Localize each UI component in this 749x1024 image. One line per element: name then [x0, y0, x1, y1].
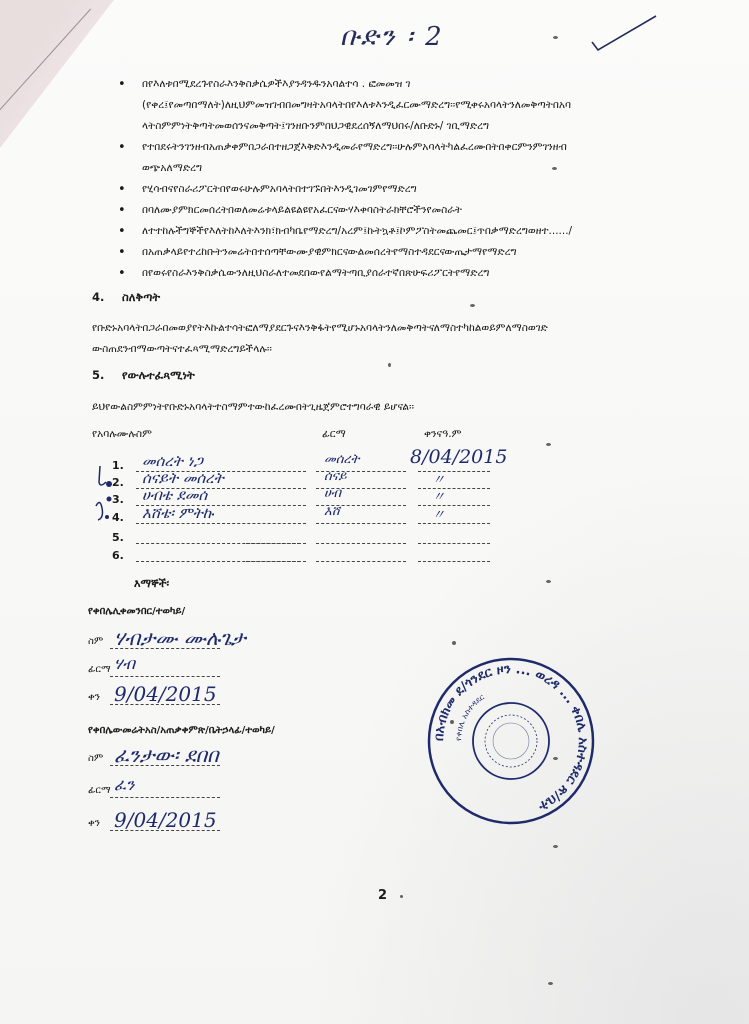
paragraph-line: የቡድኑአባላትበጋራበመወያየትእኩልተሳትፎለማያደርጉናእንቅፋትየሚሆኑ… [92, 318, 692, 339]
duty-bullet-item: በባለሙያምክርመሰረትበወለመሬቱላይልዩልዩየአፈርናውሃእቀባስትራክቸሮ… [118, 200, 688, 221]
witness-1-title: የቀበሌሊቀመንበር/ተወካይ/ [88, 606, 185, 617]
duty-bullet-item: በአጠቃላይየተረከቡትንመሬትበተሰጣቸውሙያዊምክርናውልመሰረትየማስተዳ… [118, 242, 688, 263]
scan-speck [548, 982, 553, 985]
member-row: 5. [112, 530, 512, 548]
date-line [418, 505, 490, 506]
name-line [136, 523, 306, 524]
signature-line [316, 543, 406, 544]
witness-2-signature-handwritten: ፈን [114, 775, 134, 795]
member-row: 6. [112, 548, 512, 566]
witness-2-date-field: ቀን 9/04/2015 [88, 818, 100, 829]
member-signature-handwritten: መሰረት [324, 452, 359, 467]
signature-label: ፊርማ [88, 664, 111, 675]
duties-bullet-list: በየእለቱበሚደረጉየስራእንቅስቃሴዎችእያንዳንዱንአባልተሳ . ፎመመዝ… [118, 74, 688, 284]
bullet-line: ወጭአለማድረግ [142, 158, 688, 179]
duty-bullet-item: ለተተከሉችግኞችየእለትከእለትእንክ፣ክብካቤየማድረግ/አረም፤ኩትኳቶ፤… [118, 221, 688, 242]
witness-1-name-handwritten: ሃብታሙ ሙሉጌታ [114, 626, 246, 650]
header-date: ቀንናዓ.ም [424, 428, 461, 441]
section-5-paragraph: ይህየውልስምምነትየቡድኑአባላትተስማምተውከፈረሙበትጊዜጀምሮተግባራዊ… [92, 397, 692, 418]
scanned-page: ቡድን ፡ 2 በየእለቱበሚደረጉየስራእንቅስቃሴዎችእያንዳንዱንአባልተ… [0, 0, 749, 1024]
scan-speck [452, 641, 456, 645]
header-signature: ፊርማ [322, 428, 346, 441]
name-line-extension [246, 543, 300, 544]
section-title: ስለቅጣት [122, 290, 160, 304]
section-title: የውሉተፈጻሚነት [122, 368, 195, 382]
section-4-paragraph: የቡድኑአባላትበጋራበመወያየትእኩልተሳትፎለማያደርጉናእንቅፋትየሚሆኑ… [92, 318, 692, 360]
scan-speck [400, 895, 403, 898]
page-number: 2 [378, 888, 387, 903]
witness-2-date-handwritten: 9/04/2015 [114, 808, 217, 832]
handwritten-group-note: ቡድን ፡ 2 [340, 22, 444, 53]
date-label: ቀን [88, 692, 100, 703]
member-signature-handwritten: እሸ [324, 504, 340, 519]
witness-1-signature-handwritten: ሃብ [114, 654, 135, 674]
section-number: 5. [92, 368, 122, 382]
signature-label: ፊርማ [88, 785, 111, 796]
member-date-handwritten: 〃 [432, 504, 445, 523]
scan-speck [388, 363, 391, 367]
header-member-name: የአባሉሙሉስም [92, 428, 152, 441]
section-number: 4. [92, 290, 122, 304]
row-number: 6. [112, 549, 124, 562]
scan-speck [546, 580, 551, 583]
official-stamp: በአብክመ ደ/ጎንደር ዞን ... ወረዳ ... ቀበሌ አስተዳደር ጽ… [426, 656, 596, 826]
member-date-handwritten: 8/04/2015 [410, 446, 507, 468]
signature-line [316, 523, 406, 524]
bullet-line: በየእለቱበሚደረጉየስራእንቅስቃሴዎችእያንዳንዱንአባልተሳ . ፎመመዝ… [142, 74, 688, 95]
witness-1-name-field: ስም ሃብታሙ ሙሉጌታ [88, 636, 103, 647]
member-name-handwritten: እሸቴ፡ ምትኩ [142, 504, 214, 522]
margin-annotation-marks [94, 462, 116, 526]
witness-2-name-field: ስም ፈንታው፡ ደበበ [88, 753, 103, 764]
member-date-handwritten: 〃 [432, 486, 445, 505]
date-line [418, 543, 490, 544]
scan-speck [553, 845, 558, 848]
witnesses-heading: እማኞች፡ [134, 577, 169, 591]
signature-line [316, 561, 406, 562]
duty-bullet-item: በየእለቱበሚደረጉየስራእንቅስቃሴዎችእያንዳንዱንአባልተሳ . ፎመመዝ… [118, 74, 688, 137]
section-5-heading: 5.የውሉተፈጻሚነት [92, 368, 195, 383]
bullet-line: በአጠቃላይየተረከቡትንመሬትበተሰጣቸውሙያዊምክርናውልመሰረትየማስተዳ… [142, 242, 688, 263]
bullet-line: በባለሙያምክርመሰረትበወለመሬቱላይልዩልዩየአፈርናውሃእቀባስትራክቸሮ… [142, 200, 688, 221]
member-name-handwritten: ሰናይት መሰረት [142, 469, 224, 487]
bullet-line: የሂሳብናየስራሪፖርትበየወሩሁሉምአባላትበተገኙበትእንዲገመገምየማድረ… [142, 179, 688, 200]
date-label: ቀን [88, 818, 100, 829]
date-line [418, 561, 490, 562]
member-signature-handwritten: ሰናይ [324, 469, 347, 484]
paragraph-line: ይህየውልስምምነትየቡድኑአባላትተስማምተውከፈረሙበትጊዜጀምሮተግባራዊ… [92, 397, 692, 418]
bullet-line: (የቀረ፤የመጣበማለት)ለዚህምመዝገብበመግዛትአባላትበየእለቱእንዲፈር… [142, 95, 688, 116]
duty-bullet-item: የተበደሩትንገንዘብአጠቃቀምበጋራበተዘጋጀእቅድእንዲመራየማድረግ፡፡ሁ… [118, 137, 688, 179]
member-name-handwritten: ሀብቴ ደመሰ [142, 486, 207, 504]
witness-2-name-handwritten: ፈንታው፡ ደበበ [114, 743, 219, 767]
scan-speck [470, 304, 475, 307]
date-line [418, 488, 490, 489]
checkmark-icon [590, 12, 660, 52]
member-signature-handwritten: ሀብ [324, 486, 341, 501]
duty-bullet-item: በየወሩየስራእንቅስቃሴውንለዚህስራለተመደበውየልማትጣቢያሰራተኛበጽሁ… [118, 263, 688, 284]
duty-bullet-item: የሂሳብናየስራሪፖርትበየወሩሁሉምአባላትበተገኙበትእንዲገመገምየማድረ… [118, 179, 688, 200]
member-name-handwritten: መሰረት ነጋ [142, 452, 203, 470]
row-number: 5. [112, 531, 124, 544]
date-line [418, 471, 490, 472]
date-line [418, 523, 490, 524]
witness-1-signature-field: ፊርማ ሃብ [88, 664, 111, 675]
section-4-heading: 4.ስለቅጣት [92, 290, 160, 305]
bullet-line: ለተተከሉችግኞችየእለትከእለትእንክ፣ክብካቤየማድረግ/አረም፤ኩትኳቶ፤… [142, 221, 688, 242]
witness-2-title: የቀበሌውመሬትአስ/አጠቃቀምጽ/ቤትኃላፊ/ተወካይ/ [88, 725, 275, 736]
paragraph-line: ውስጠደንብማውጣትናተፈጻሚማድረግይችላሉ፡፡ [92, 339, 692, 360]
name-line-extension [246, 561, 300, 562]
witness-1-date-handwritten: 9/04/2015 [114, 682, 217, 706]
bullet-line: የተበደሩትንገንዘብአጠቃቀምበጋራበተዘጋጀእቅድእንዲመራየማድረግ፡፡ሁ… [142, 137, 688, 158]
witness-2-signature-field: ፊርማ ፈን [88, 785, 111, 796]
scan-speck [546, 443, 551, 446]
name-label: ስም [88, 636, 103, 647]
scan-speck [553, 36, 558, 39]
bullet-line: በየወሩየስራእንቅስቃሴውንለዚህስራለተመደበውየልማትጣቢያሰራተኛበጽሁ… [142, 263, 688, 284]
member-row: 4. እሸቴ፡ ምትኩ እሸ 〃 [112, 510, 512, 528]
bullet-line: ላትስምምነትቅጣትመወሰንናመቅጣት፤ገንዘቡንምበህጋዊደረሰኝለማህበሩ/… [142, 116, 688, 137]
name-label: ስም [88, 753, 103, 764]
witness-1-date-field: ቀን 9/04/2015 [88, 692, 100, 703]
